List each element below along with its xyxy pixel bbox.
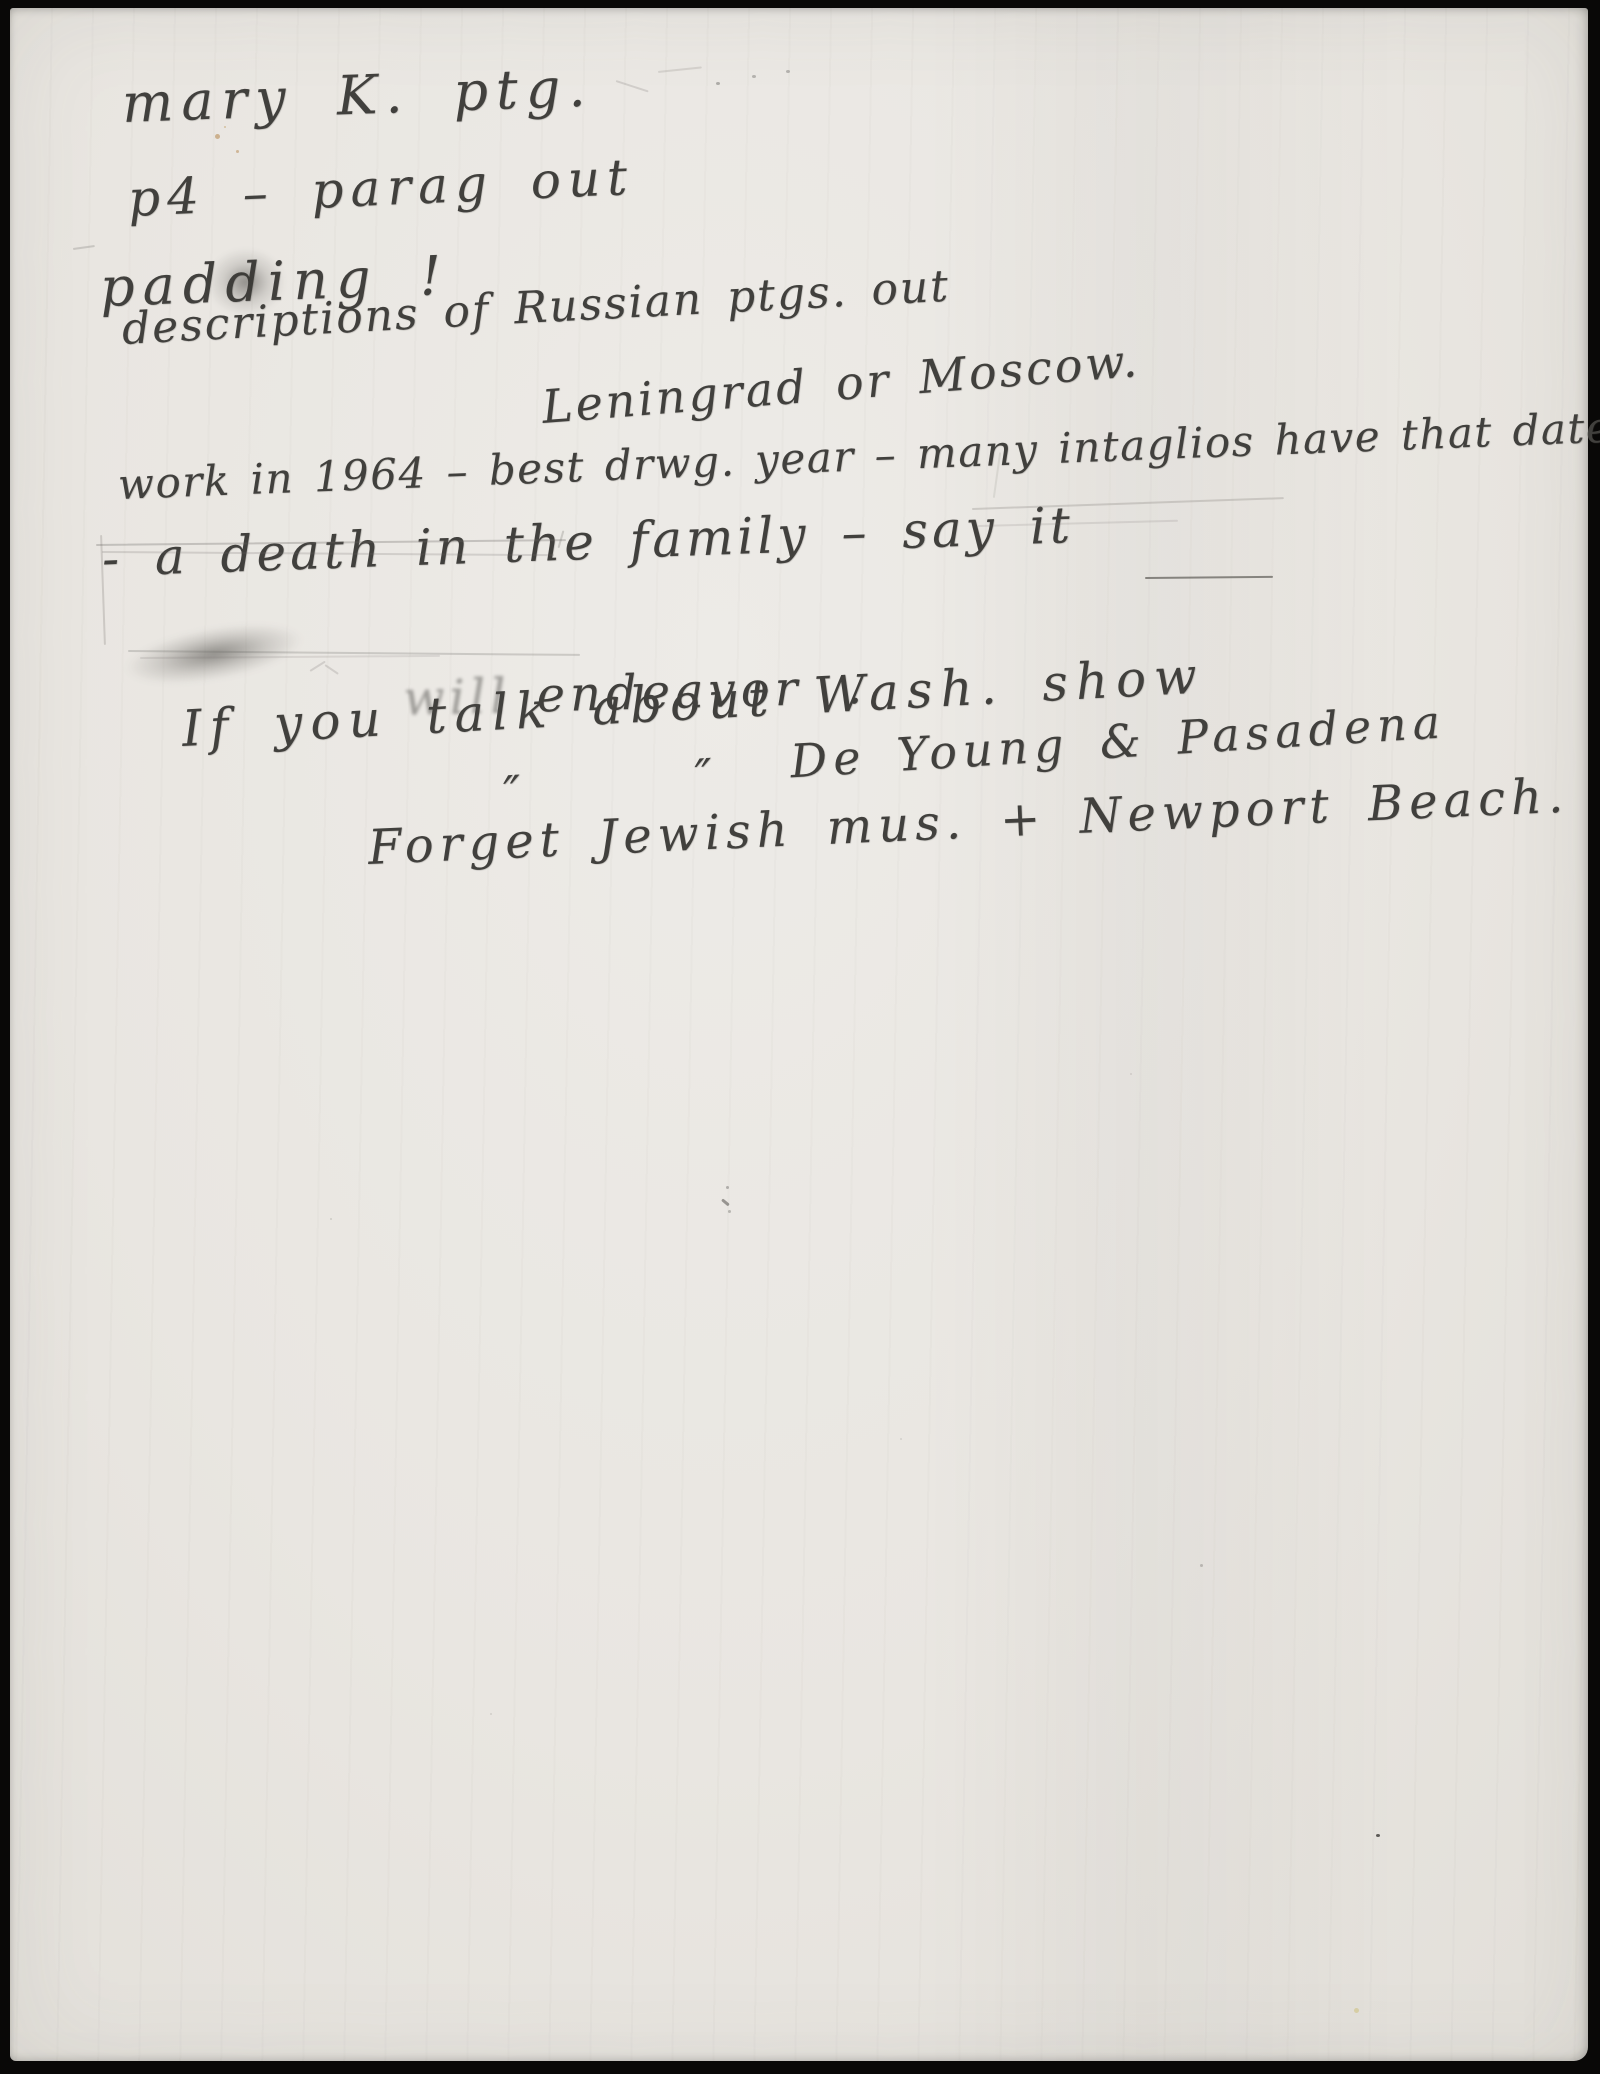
pencil-dot-2: [752, 75, 756, 78]
dust-speck-4: [900, 1438, 902, 1440]
handwritten-line-leningrad: Leningrad or Moscow.: [540, 333, 1142, 434]
foxing-speck-2: [236, 150, 239, 153]
yellow-speck: [1354, 2008, 1359, 2013]
scanned-page: mary K. ptg. p4 – parag out padding ! de…: [0, 0, 1600, 2074]
handwritten-line-title: mary K. ptg.: [121, 56, 594, 135]
dust-speck-3: [330, 1218, 332, 1220]
dust-speck-2: [728, 1210, 731, 1213]
ditto-mark-right: ″: [693, 748, 719, 803]
dust-speck-7: [1200, 1564, 1203, 1567]
dark-fleck: [1376, 1834, 1380, 1837]
pencil-dash-after-say-it: [1145, 576, 1273, 579]
pencil-fleck-blank-area: [721, 1198, 730, 1206]
note-paper: mary K. ptg. p4 – parag out padding ! de…: [10, 8, 1588, 2061]
pencil-scribble-top-right-1: [616, 80, 649, 92]
pencil-scribble-top-right-2: [658, 66, 702, 73]
pencil-dot-3: [786, 70, 790, 73]
dust-speck-5: [1130, 1073, 1132, 1075]
dust-speck-1: [726, 1186, 729, 1189]
ditto-mark-left: ″: [502, 765, 528, 820]
pencil-dash-left-margin: [73, 245, 95, 250]
pencil-dot-1: [716, 82, 720, 85]
foxing-speck-1: [215, 134, 220, 139]
dust-speck-6: [490, 1713, 492, 1715]
handwritten-line-p4: p4 – parag out: [127, 148, 635, 228]
handwritten-line-work-1964: work in 1964 – best drwg. year – many in…: [117, 403, 1600, 509]
